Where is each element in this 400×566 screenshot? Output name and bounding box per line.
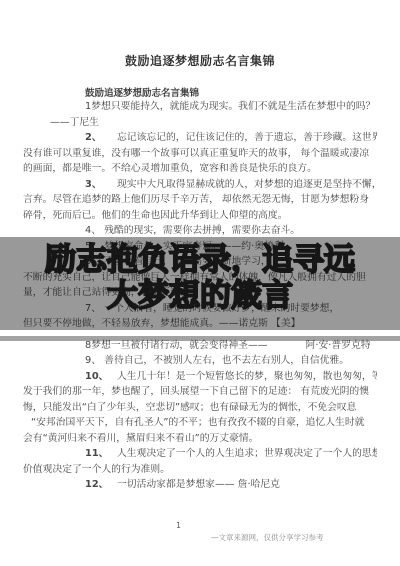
- watermark-title-line1: 励志抱负语录，追寻远: [0, 242, 400, 278]
- quote-line: 2、忘记该忘记的，记住该记住的，善于遗忘，善于珍藏。这世界上，: [23, 130, 377, 146]
- quote-line: 9、 善待自己，不被别人左右，也不去左右别人，自信优雅。: [23, 353, 377, 369]
- quote-line: 的画面，都是唯一。不给心灵增加重负，宽容和善良是快乐的良方。: [23, 161, 377, 177]
- quote-line: 会有“黄河归来不看川，黛眉归来不看山”的万丈豪情。: [23, 431, 377, 447]
- quote-line: 12、一切活动家都是梦想家—— 詹·哈尼克: [23, 477, 377, 493]
- quote-line: 价值观决定了一个人的行为准则。: [23, 462, 377, 478]
- quote-line: 11、人生观决定了一个人的人生追求；世界观决定了一个人的思想境界；: [23, 446, 377, 462]
- quote-line: 悔，只能发出“白了少年头，空悲切”感叹；也有碌碌无为的惆怅，不免会叹息: [23, 400, 377, 416]
- page-title: 鼓励追逐梦想励志名言集锦: [0, 52, 400, 69]
- footer-source-note: —文章来源网，仅供分享学习参考: [211, 532, 324, 543]
- watermark-title-line2: 大梦想的箴言: [0, 278, 400, 314]
- quote-line: 发于我们的那一年，梦也醒了，回头展望一下自己留下的足迹： 有荒废光阴的懊: [23, 384, 377, 400]
- quote-line: 1梦想只要能持久，就能成为现实。我们不就是生活在梦想中的吗？: [23, 99, 377, 115]
- quote-line: 没有谁可以重复谁，没有哪一个故事可以真正重复昨天的故事， 每个温暖或凄凉: [23, 146, 377, 162]
- watermark-band: 励志抱负语录，追寻远 大梦想的箴言: [0, 237, 400, 330]
- document-subtitle: 鼓励追逐梦想励志名言集锦: [85, 85, 199, 99]
- quote-line: 言弃。尽管在追梦的路上他们历尽千辛万苦， 却依然无怨无悔，甘愿为梦想粉身: [23, 192, 377, 208]
- watermark-strip: [0, 336, 400, 341]
- quote-line: “安邦治国平天下，自有孔圣人”的不平；也有孜孜不辍的自豪，追忆人生时就: [23, 415, 377, 431]
- quote-line: 碎骨，死而后已。他们的生命也因此升华到让人仰望的高度。: [23, 208, 377, 224]
- quote-line: ——丁尼生: [23, 115, 377, 131]
- quote-line: 10、人生几十年！是一个短暂悠长的梦，聚也匆匆，散也匆匆，等到白: [23, 369, 377, 385]
- quote-line: 3、现实中大凡取得显赫成就的人，对梦想的追逐更是坚持不懈，永不: [23, 177, 377, 193]
- document-page: 鼓励追逐梦想励志名言集锦 鼓励追逐梦想励志名言集锦 1梦想只要能持久，就能成为现…: [0, 0, 400, 566]
- page-number: 1: [176, 521, 181, 530]
